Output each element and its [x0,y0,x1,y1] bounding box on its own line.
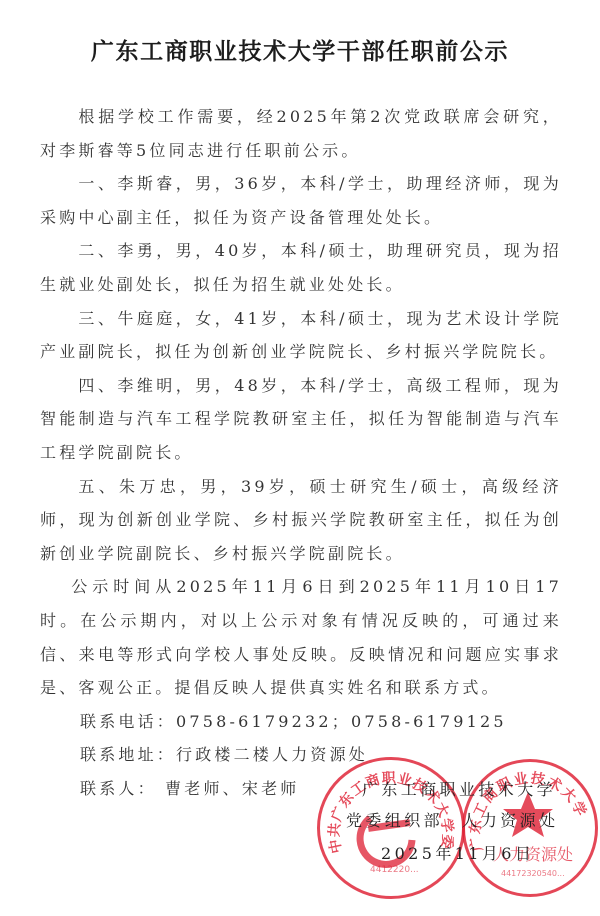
signature-organization: 广东工商职业技术大学 [362,777,556,800]
signature-departments: 党委组织部 人力资源处 [346,808,559,831]
candidate-item: 三、牛庭庭，女，41岁，本科/硕士，现为艺术设计学院产业副院长，拟任为创新创业学… [40,302,562,369]
candidate-item: 一、李斯睿，男，36岁，本科/学士，助理经济师，现为采购中心副主任，拟任为资产设… [40,167,562,234]
candidate-item: 二、李勇，男，40岁，本科/硕士，助理研究员，现为招生就业处副处长，拟任为招生就… [40,234,562,301]
candidate-item: 四、李维明，男，48岁，本科/学士，高级工程师，现为智能制造与汽车工程学院教研室… [40,369,562,470]
notice-period-paragraph: 公示时间从2025年11月6日到2025年11月10日17时。在公示期内，对以上… [40,570,562,704]
document-body: 根据学校工作需要，经2025年第2次党政联席会研究，对李斯睿等5位同志进行任职前… [40,100,562,805]
svg-text:44172320540...: 44172320540... [501,869,565,878]
signature-date: 2025年11月6日 [381,841,534,864]
contact-address: 联系地址：行政楼二楼人力资源处 [40,738,562,772]
document-title: 广东工商职业技术大学干部任职前公示 [0,33,600,66]
candidate-item: 五、朱万忠，男，39岁，硕士研究生/硕士，高级经济师，现为创新创业学院、乡村振兴… [40,470,562,571]
contact-phone: 联系电话：0758-6179232；0758-6179125 [40,705,562,739]
intro-paragraph: 根据学校工作需要，经2025年第2次党政联席会研究，对李斯睿等5位同志进行任职前… [40,100,562,167]
svg-text:4412220...: 4412220... [370,865,419,875]
